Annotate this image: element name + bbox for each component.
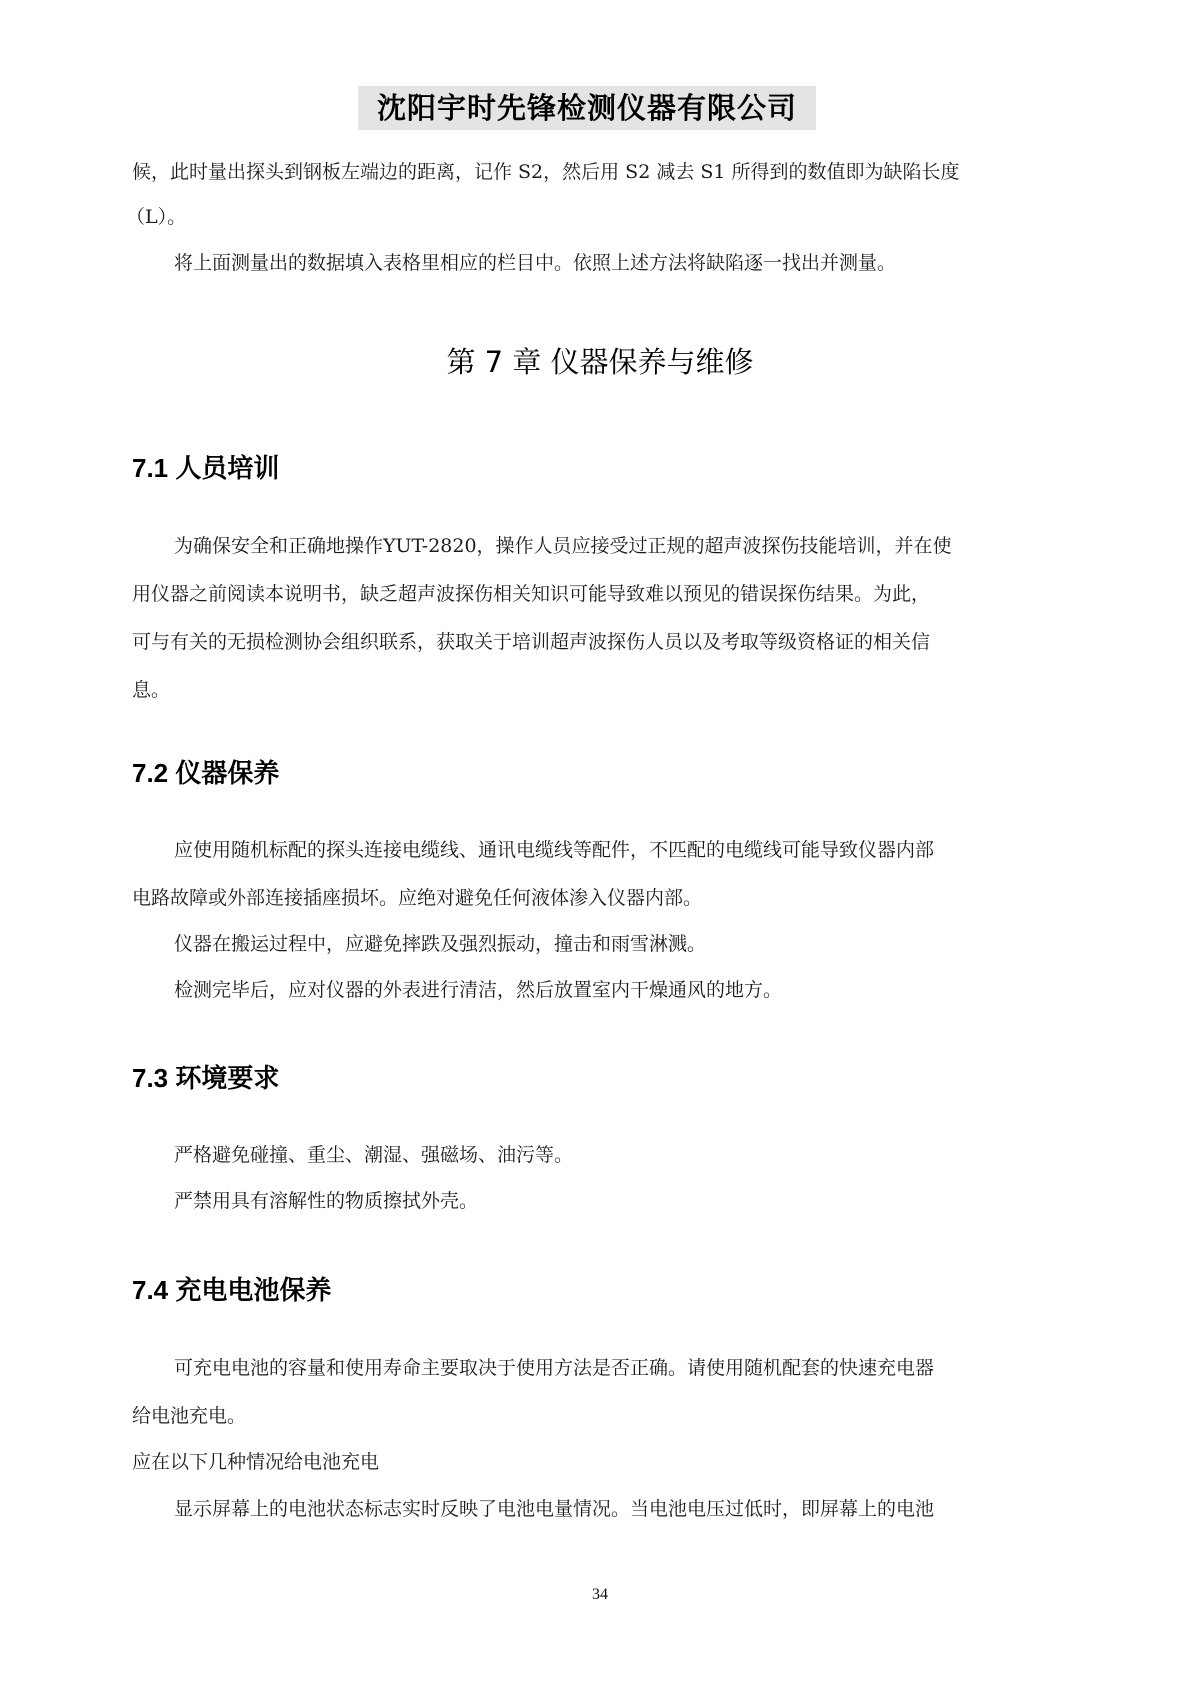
- page-number: 34: [0, 1586, 1200, 1604]
- section-heading-7-3: 7.3 环境要求: [132, 1058, 279, 1095]
- paragraph-line: 显示屏幕上的电池状态标志实时反映了电池电量情况。当电池电压过低时，即屏幕上的电池: [174, 1496, 934, 1522]
- paragraph-line: 为确保安全和正确地操作YUT-2820，操作人员应接受过正规的超声波探伤技能培训…: [174, 533, 952, 559]
- section-heading-7-2: 7.2 仪器保养: [132, 753, 279, 790]
- paragraph-line: 严格避免碰撞、重尘、潮湿、强磁场、油污等。: [174, 1142, 573, 1168]
- paragraph-line: 息。: [132, 677, 170, 703]
- paragraph-line: 给电池充电。: [132, 1403, 246, 1429]
- intro-line-2: （L）。: [126, 204, 186, 230]
- paragraph-line: 电路故障或外部连接插座损坏。应绝对避免任何液体渗入仪器内部。: [132, 885, 702, 911]
- paragraph-line: 应在以下几种情况给电池充电: [132, 1449, 379, 1475]
- intro-line-1: 候，此时量出探头到钢板左端边的距离，记作 S2，然后用 S2 减去 S1 所得到…: [132, 159, 960, 185]
- section-heading-7-4: 7.4 充电电池保养: [132, 1270, 331, 1307]
- company-header: 沈阳宇时先锋检测仪器有限公司: [358, 86, 816, 130]
- paragraph-line: 可与有关的无损检测协会组织联系，获取关于培训超声波探伤人员以及考取等级资格证的相…: [132, 629, 930, 655]
- paragraph-line: 用仪器之前阅读本说明书，缺乏超声波探伤相关知识可能导致难以预见的错误探伤结果。为…: [132, 581, 930, 607]
- chapter-title: 第 7 章 仪器保养与维修: [0, 340, 1200, 381]
- paragraph-line: 检测完毕后，应对仪器的外表进行清洁，然后放置室内干燥通风的地方。: [174, 977, 782, 1003]
- paragraph-line: 严禁用具有溶解性的物质擦拭外壳。: [174, 1188, 478, 1214]
- paragraph-line: 应使用随机标配的探头连接电缆线、通讯电缆线等配件，不匹配的电缆线可能导致仪器内部: [174, 837, 934, 863]
- intro-line-3: 将上面测量出的数据填入表格里相应的栏目中。依照上述方法将缺陷逐一找出并测量。: [174, 250, 896, 276]
- section-heading-7-1: 7.1 人员培训: [132, 448, 279, 485]
- paragraph-line: 可充电电池的容量和使用寿命主要取决于使用方法是否正确。请使用随机配套的快速充电器: [174, 1355, 934, 1381]
- paragraph-line: 仪器在搬运过程中，应避免摔跌及强烈振动，撞击和雨雪淋溅。: [174, 931, 706, 957]
